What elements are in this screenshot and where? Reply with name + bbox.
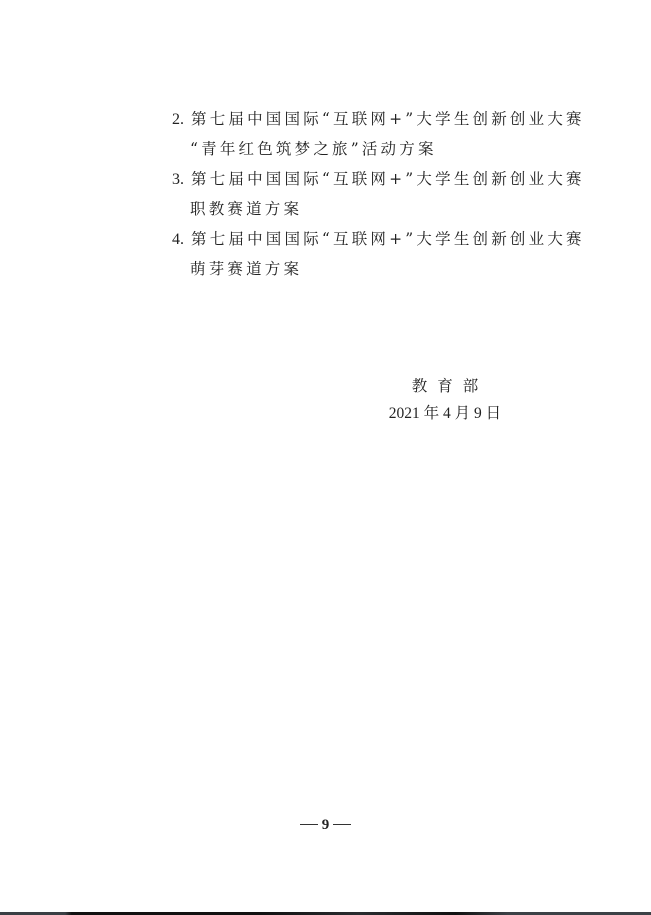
attachment-item-continuation-line: 萌芽赛道方案 xyxy=(172,254,592,284)
attachment-item: 3.第七届中国国际“互联网+”大学生创新创业大赛 职教赛道方案 xyxy=(172,164,592,224)
attachment-item-continuation-line: “青年红色筑梦之旅”活动方案 xyxy=(172,134,592,164)
attachment-item-text: 第七届中国国际“互联网+”大学生创新创业大赛 xyxy=(191,170,585,188)
attachment-item-number: 2. xyxy=(172,105,191,135)
attachment-item-title-line: 2.第七届中国国际“互联网+”大学生创新创业大赛 xyxy=(172,104,592,134)
attachment-item: 4.第七届中国国际“互联网+”大学生创新创业大赛 萌芽赛道方案 xyxy=(172,224,592,284)
signature-block: 教育部 2021 年 4 月 9 日 xyxy=(360,372,530,428)
attachment-item-title-line: 4.第七届中国国际“互联网+”大学生创新创业大赛 xyxy=(172,224,592,254)
attachment-item-number: 3. xyxy=(172,165,191,195)
dash-left-decoration xyxy=(300,824,318,826)
document-page: 2.第七届中国国际“互联网+”大学生创新创业大赛 “青年红色筑梦之旅”活动方案 … xyxy=(0,0,651,912)
attachment-list: 2.第七届中国国际“互联网+”大学生创新创业大赛 “青年红色筑梦之旅”活动方案 … xyxy=(172,104,592,284)
page-number: 9 xyxy=(322,817,330,833)
issue-date: 2021 年 4 月 9 日 xyxy=(360,400,530,428)
attachment-item-text: 第七届中国国际“互联网+”大学生创新创业大赛 xyxy=(191,110,585,128)
issuing-organization: 教育部 xyxy=(360,372,530,400)
dash-right-decoration xyxy=(333,824,351,826)
attachment-item: 2.第七届中国国际“互联网+”大学生创新创业大赛 “青年红色筑梦之旅”活动方案 xyxy=(172,104,592,164)
attachment-item-number: 4. xyxy=(172,225,191,255)
attachment-item-title-line: 3.第七届中国国际“互联网+”大学生创新创业大赛 xyxy=(172,164,592,194)
attachment-item-continuation-line: 职教赛道方案 xyxy=(172,194,592,224)
attachment-item-text: 第七届中国国际“互联网+”大学生创新创业大赛 xyxy=(191,230,585,248)
page-number-footer: 9 xyxy=(0,817,651,834)
